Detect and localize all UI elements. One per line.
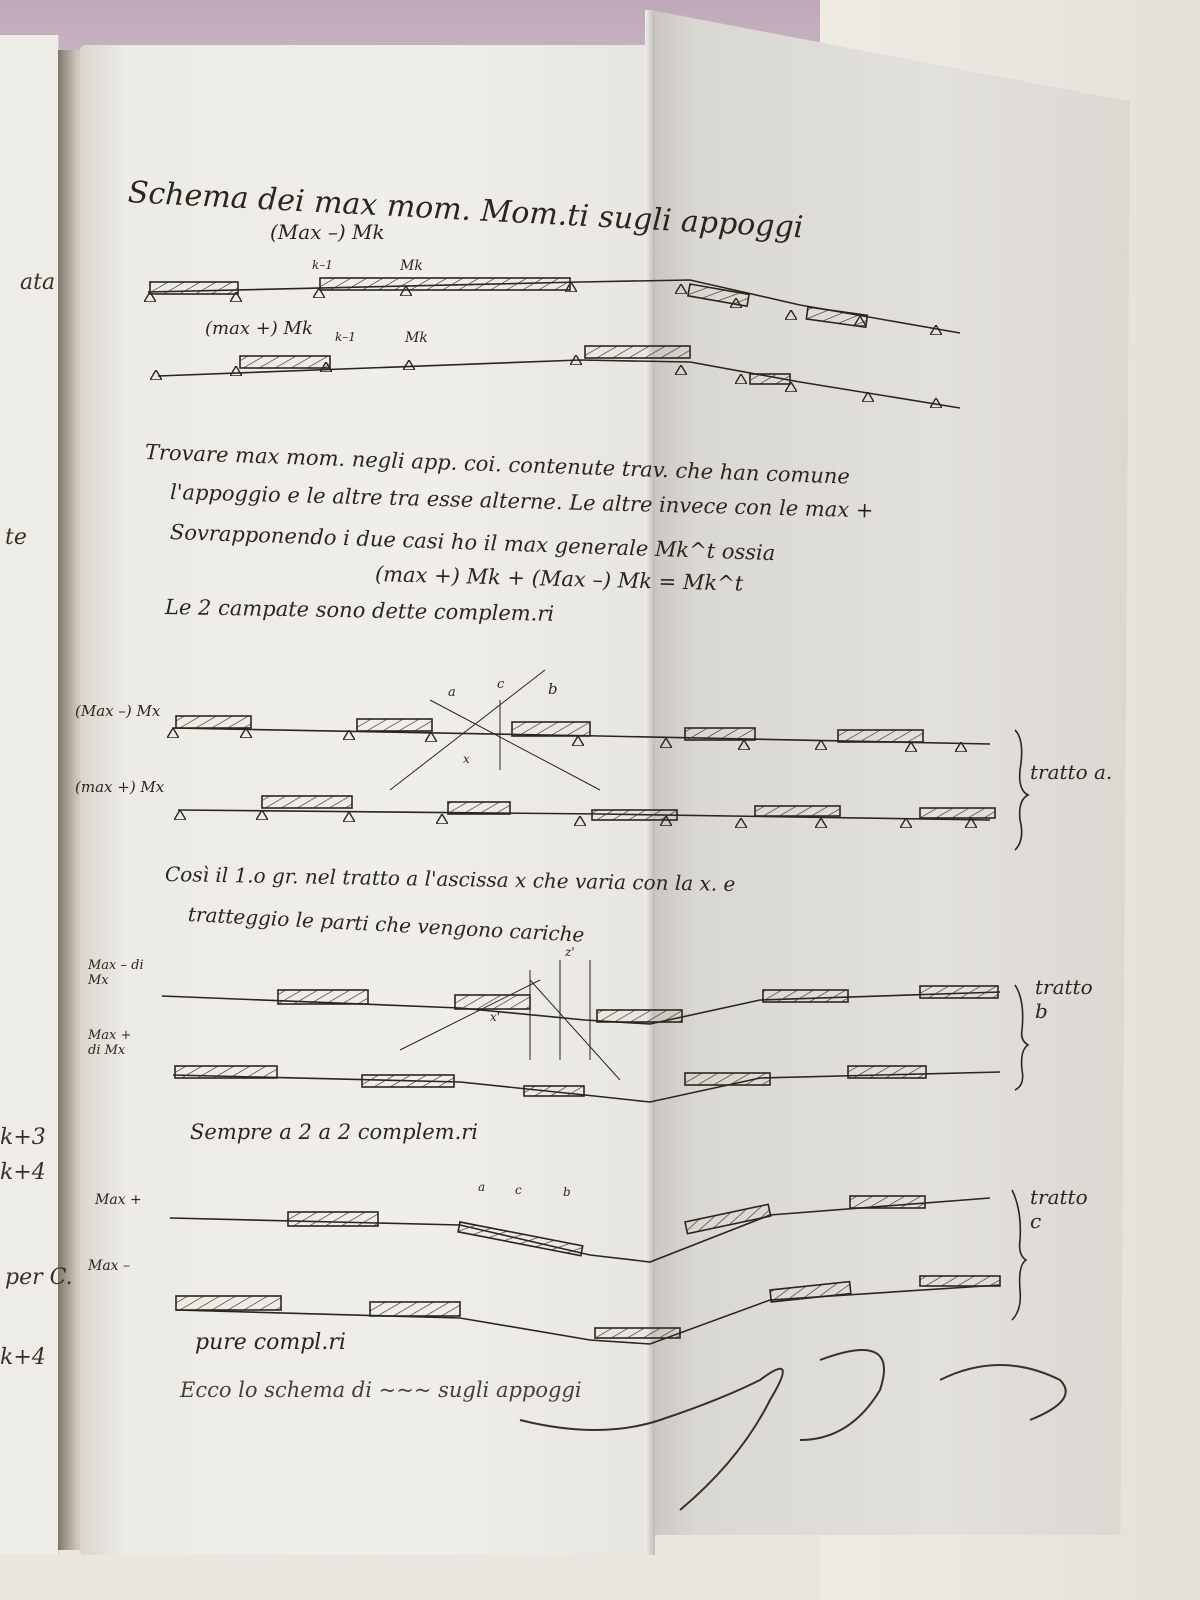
beam-diagrams [0,0,1200,1600]
